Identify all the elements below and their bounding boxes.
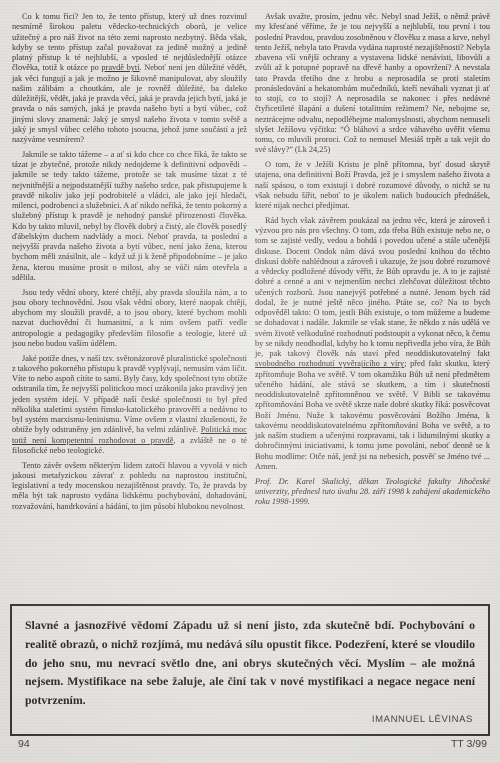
paragraph: Tento závěr ovšem některým lidem zatočí … [12,461,247,512]
author-attribution: Prof. Dr. Karel Skalický, děkan Teologic… [255,477,490,508]
right-column: Avšak uvažte, prosím, jednu věc. Nebyl s… [255,12,490,516]
paragraph-text: ; před fakt skutku, který zpřítomňuje Bo… [255,359,490,471]
article-body: Co k tomu říci? Jen to, že tento přístup… [12,12,490,516]
paragraph: O tom, že v Ježíši Kristu je plně přítom… [255,160,490,211]
quote-author: IMANNUEL LÉVINAS [372,714,473,725]
left-column: Co k tomu říci? Jen to, že tento přístup… [12,12,247,516]
journal-issue-label: TT 3/99 [451,738,487,750]
paragraph-text: Jaké potíže dnes, v naší tzv. světonázor… [12,354,247,435]
paragraph: Rád bych však závěrem poukázal na jednu … [255,216,490,472]
quote-box: Slavné a jasnozřivé vědomí Západu už si … [10,604,490,736]
paragraph: Co k tomu říci? Jen to, že tento přístup… [12,12,247,145]
paragraph-text: . Neboť není jen důležité vědět, jak věc… [12,63,247,144]
underlined-phrase: svobodného rozhodnutí vyvěrajícího z vír… [255,359,404,368]
quote-text: Slavné a jasnozřivé vědomí Západu už si … [25,616,475,710]
page-number: 94 [18,738,30,750]
document-page: Co k tomu říci? Jen to, že tento přístup… [0,0,500,763]
paragraph: Jaké potíže dnes, v naší tzv. světonázor… [12,354,247,457]
paragraph: Jsou tedy vědní obory, které chtějí, aby… [12,288,247,350]
paragraph-text: Rád bych však závěrem poukázal na jednu … [255,216,490,358]
paragraph: Jakmile se takto tážeme – a ať si kdo ch… [12,150,247,283]
underlined-phrase: pravdě bytí [101,63,139,72]
paragraph: Avšak uvažte, prosím, jednu věc. Nebyl s… [255,12,490,156]
